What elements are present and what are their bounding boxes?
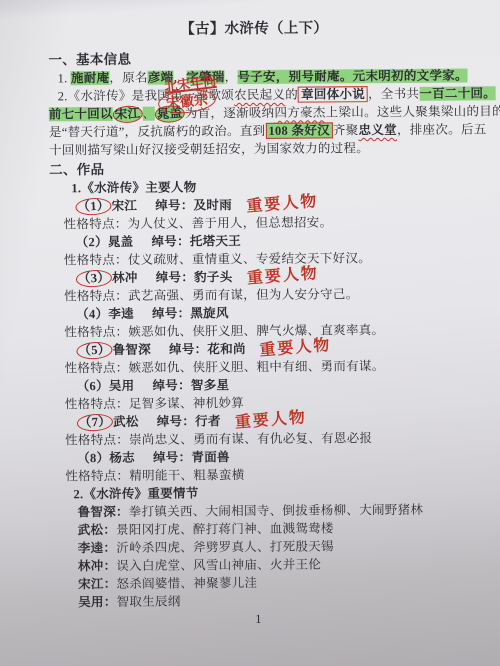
character-nickname: 智多星	[191, 378, 230, 392]
character-name: 林冲	[112, 271, 138, 285]
character-nickname: 豹子头	[194, 270, 233, 284]
book-intro-line-3: 是“替天行道”，反抗腐朽的政治。直到108 条好汉齐聚忠义堂，排座次。后五	[49, 121, 461, 142]
character-number-circled: （7）	[76, 413, 113, 432]
character-nickname: 行者	[195, 414, 221, 428]
character-number: （8）	[77, 451, 109, 465]
chapter-novel-redbox: 章回体小说	[298, 86, 368, 102]
character-name: 晁盖	[108, 235, 134, 249]
trait-text: 崇尚忠义、勇而有谋、有仇必复、有恩必报	[129, 431, 372, 447]
character-number-circled: （1）	[75, 197, 112, 216]
page-content: 【古】水浒传（上下） 一、基本信息 1. 施耐庵，原名彦端，字肇瑞，号子安，别号…	[0, 0, 500, 630]
book-intro-line-4: 十回则描写梁山好汉接受朝廷招安，为国家效力的过程。	[49, 139, 461, 160]
songjiang-circle: 宋江	[112, 105, 143, 124]
page-number: 1	[52, 609, 464, 630]
character-number: （6）	[77, 379, 109, 393]
character-nickname: 托塔天王	[190, 234, 241, 248]
character-nickname: 花和尚	[207, 342, 246, 356]
document-title: 【古】水浒传（上下）	[48, 19, 460, 40]
important-person-annotation: 重要人物	[234, 411, 307, 430]
character-number-circled: （5）	[76, 341, 113, 360]
author-name-highlight: 施耐庵	[71, 71, 110, 85]
plot-character: 李逵：	[78, 541, 117, 555]
plot-events: 拳打镇关西、大闹相国寺、倒拔垂杨柳、大闹野猪林	[129, 503, 423, 519]
plot-character: 鲁智深：	[78, 505, 129, 519]
character-nickname: 及时雨	[194, 198, 233, 212]
alias-highlight: 号子安，别号耐庵。	[237, 69, 352, 84]
character-nickname: 黑旋风	[190, 306, 229, 320]
trait-text: 嫉恶如仇、侠肝义胆、脾气火爆、直爽率真。	[128, 323, 384, 339]
heroes-108-redbox: 108 条好汉	[265, 122, 333, 138]
character-name: 鲁智深	[113, 343, 152, 357]
important-person-annotation: 重要人物	[259, 339, 332, 358]
era-highlight: 元末明初的文学家。	[353, 68, 468, 83]
character-name: 宋江	[112, 199, 138, 213]
trait-text: 为人仗义、善于用人，但总想招安。	[128, 215, 333, 230]
plot-character: 吴用：	[78, 595, 117, 609]
trait-text: 精明能干、粗暴蛮横	[129, 468, 244, 483]
peasant-uprising-wavy: 农民起义	[234, 88, 285, 102]
important-person-annotation: 重要人物	[246, 267, 319, 286]
character-nickname: 青面兽	[191, 450, 230, 464]
heroes-wavy: 四方豪杰	[274, 105, 325, 119]
plot-events: 景阳冈打虎、醉打蒋门神、血溅鸳鸯楼	[116, 521, 334, 537]
trait-text: 仗义疏财、重情重义、专爱结交天下好汉。	[128, 251, 371, 267]
plot-events: 智取生辰纲	[117, 594, 181, 608]
plot-row-1: 鲁智深：拳打镇关西、大闹相国寺、倒拔垂杨柳、大闹野猪林	[78, 501, 464, 522]
character-number: （2）	[76, 235, 108, 249]
loyalty-hall-wavy: 忠义堂	[358, 123, 397, 137]
trait-text: 嫉恶如仇、侠肝义胆、粗中有细、勇而有谋。	[129, 359, 385, 375]
plot-events: 怒杀阎婆惜、神聚蓼儿洼	[116, 576, 257, 591]
plot-events: 误入白虎堂、风雪山神庙、火并王伦	[116, 558, 321, 573]
character-name: 李逵	[108, 307, 134, 321]
character-number-circled: （3）	[75, 269, 112, 288]
character-name: 杨志	[109, 451, 135, 465]
trait-text: 足智多谋、神机妙算	[129, 396, 244, 411]
item-number: 1.	[57, 71, 67, 85]
first-seventy-highlight: 前七十回以	[49, 107, 113, 121]
important-person-annotation: 重要人物	[246, 195, 319, 214]
character-name: 武松	[113, 415, 139, 429]
item-number: 2.	[58, 89, 68, 103]
document-page: 北宋年间 宋徽宗 【古】水浒传（上下） 一、基本信息 1. 施耐庵，原名彦端，字…	[0, 0, 500, 666]
plot-character: 宋江：	[78, 577, 117, 591]
plot-character: 武松：	[78, 523, 117, 537]
plot-character: 林冲：	[78, 559, 117, 573]
character-name: 吴用	[109, 379, 135, 393]
chapter-count-highlight: 一百二十回。	[419, 86, 496, 101]
plot-events: 沂岭杀四虎、斧劈罗真人、打死殷天锡	[116, 539, 334, 555]
character-number: （4）	[76, 307, 108, 321]
trait-text: 武艺高强、勇而有谋，但为人安分守己。	[128, 287, 358, 303]
